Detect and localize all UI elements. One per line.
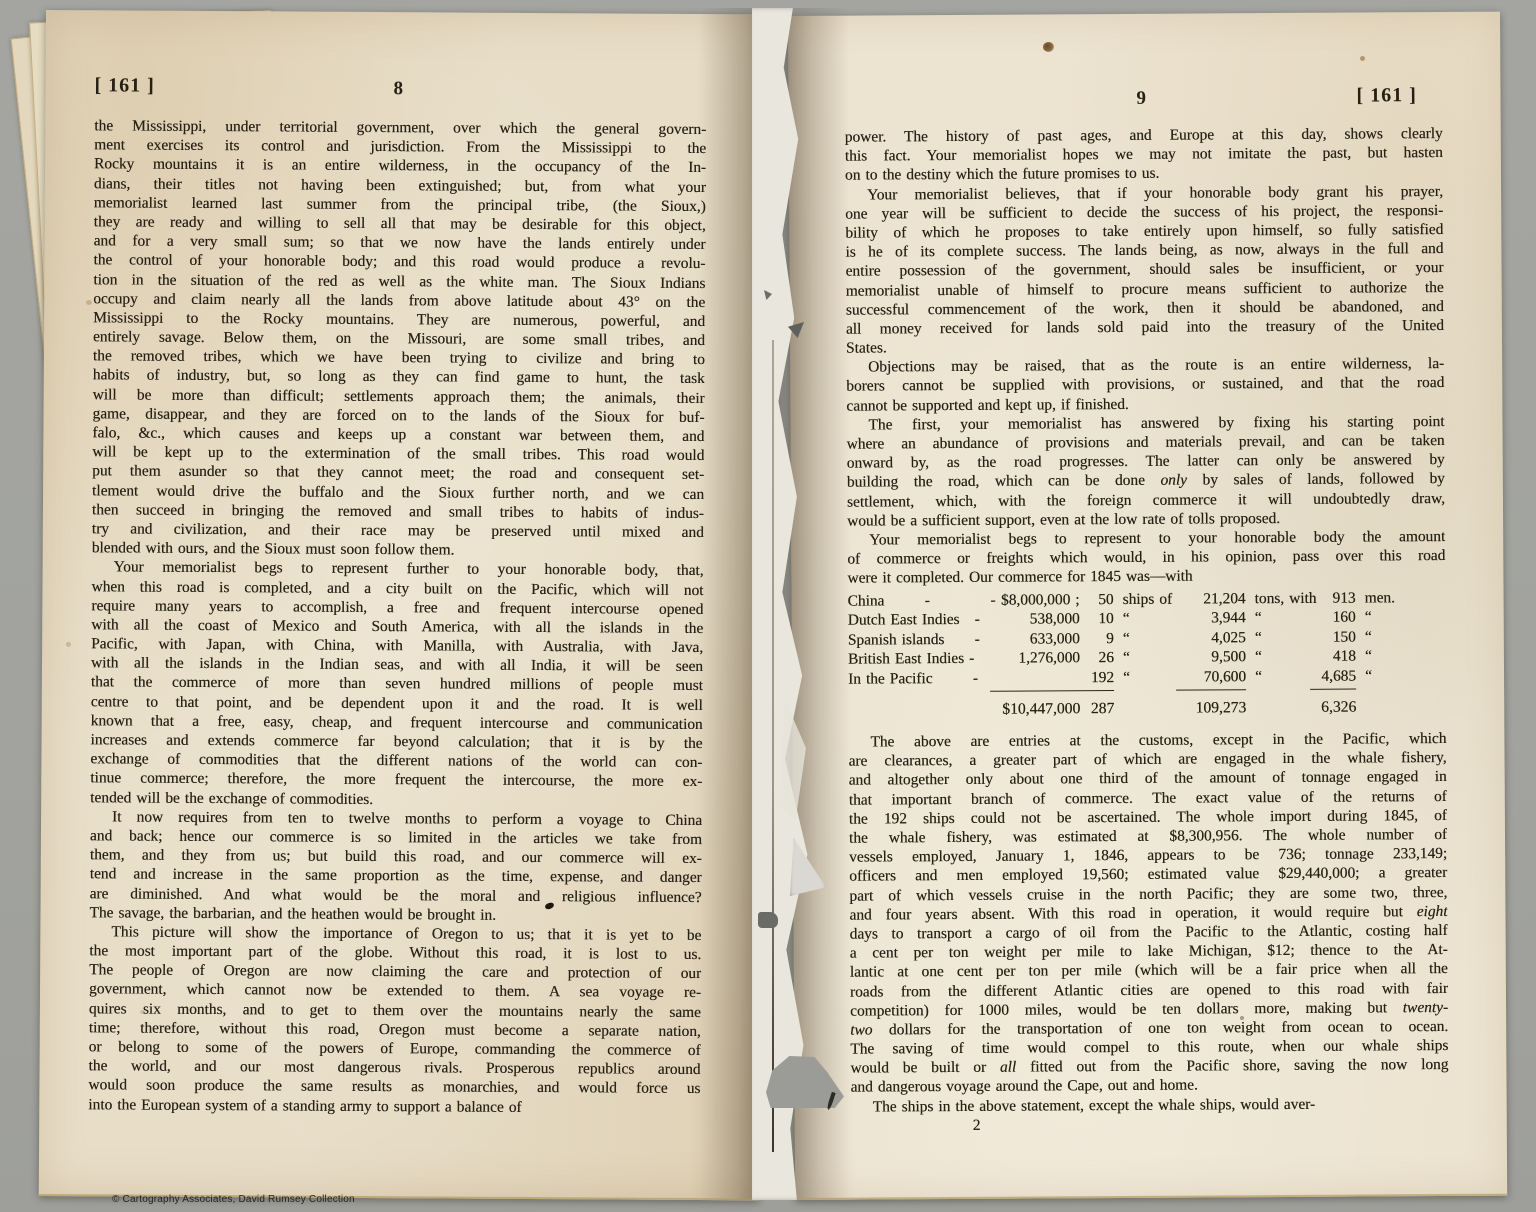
text-run: Mississippi to the Rocky mountains. They… (93, 309, 705, 330)
paragraph: power. The history of past ages, and Eur… (845, 124, 1443, 185)
table-total-row: $10,447,000287109,2736,326 (848, 697, 1446, 720)
text-run: centre to that point, and be dependent u… (91, 693, 703, 714)
text-run: game, disappear, and they are forced on … (92, 405, 704, 426)
cell-country: China - - (848, 590, 990, 610)
text-run: of commerce or freights which would, in … (847, 547, 1445, 568)
cell-men: 418 (1310, 647, 1356, 666)
copyright-credit: © Cartography Associates, David Rumsey C… (112, 1194, 355, 1205)
text-run: memorialist unable of himself to procure… (846, 279, 1444, 300)
cell-ships: 50 (1080, 590, 1114, 609)
cell-ships-label: “ (1114, 668, 1176, 688)
foxing-spot (1043, 42, 1054, 52)
cell-ships-label: “ (1114, 648, 1176, 668)
italic-text: eight (1417, 903, 1448, 920)
text-run: dollars for the transportation of one to… (872, 1018, 1448, 1039)
text-line: of commerce or freights which would, in … (847, 546, 1445, 569)
cell-tons: 9,500 (1176, 647, 1246, 667)
cell-men-label: men. (1356, 588, 1390, 607)
text-run: the most important part of the globe. Wi… (89, 942, 701, 963)
right-page: 9 [ 161 ] power. The history of past age… (788, 12, 1507, 1200)
text-run: The saving of time would compel to this … (850, 1037, 1448, 1058)
text-run: competition) for 1000 miles, would be te… (850, 999, 1403, 1019)
paragraph: The above are entries at the customs, ex… (848, 729, 1448, 1097)
cell-tons-label: “ (1246, 667, 1310, 687)
cell-men: 913 (1310, 588, 1356, 607)
text-run: power. The history of past ages, and Eur… (845, 125, 1443, 146)
text-run: lantic at one cent per ton per mile (whi… (850, 960, 1448, 981)
cell-men-label: “ (1356, 607, 1390, 626)
foxing-spot (140, 1010, 145, 1014)
text-run: cannot be supported and kept up, if fini… (846, 396, 1128, 415)
text-run: The above are entries at the customs, ex… (870, 730, 1446, 751)
text-run: this fact. Your memorialist hopes we may… (845, 144, 1443, 165)
text-run: known that a free, easy, cheap, and freq… (91, 712, 703, 733)
text-run: falo, &c., which causes and keeps up a c… (92, 424, 704, 445)
text-run: the whale fishery, was estimated at $8,3… (849, 826, 1447, 847)
text-run: and for a very small sum; so that we now… (94, 232, 706, 253)
text-run: The first, your memorialist has answered… (868, 413, 1444, 434)
cell-value (990, 682, 1080, 683)
text-run: The ships in the above statement, except… (873, 1095, 1316, 1115)
text-run: a cent per ton weight per mile to lake M… (850, 941, 1448, 962)
text-run: were it completed. Our commerce for 1845… (847, 568, 1192, 587)
text-run: with all the coast of Mexico and South A… (91, 616, 703, 637)
text-run: This picture will show the importance of… (111, 923, 701, 944)
binding-tear-mark (758, 912, 778, 928)
text-run: the removed tribes, which we have been t… (93, 348, 705, 369)
text-run: entirely savage. Below them, on the Miss… (93, 328, 705, 349)
text-run: occupy and claim nearly all the lands fr… (93, 290, 705, 311)
text-run: the 192 ships could not be ascertained. … (849, 807, 1447, 828)
text-run: It now requires from ten to twelve month… (112, 808, 702, 829)
text-run: Your memorialist begs to represent to yo… (869, 528, 1445, 549)
text-run: memorialist learned last summer from the… (94, 194, 706, 215)
text-run: dians, their titles not having been exti… (94, 175, 706, 196)
right-text-column: power. The history of past ages, and Eur… (845, 124, 1449, 1136)
total-value: $10,447,000 (990, 700, 1080, 720)
text-run: that the commerce of more than seven hun… (91, 674, 703, 695)
text-run: would be built or (850, 1059, 1000, 1077)
cell-ships-label: “ (1114, 628, 1176, 648)
cell-men-label: “ (1356, 666, 1390, 685)
total-rule (1176, 690, 1246, 691)
text-run: increases and extends commerce far beyon… (90, 731, 702, 752)
text-run: officers and men employed 19,560; estima… (849, 864, 1447, 885)
text-run: the control of your honorable body; and … (93, 252, 705, 273)
text-run: Pacific, with Japan, with China, with Ma… (91, 635, 703, 656)
text-run: borers cannot be supplied with provision… (846, 374, 1444, 395)
signature-mark: 2 (851, 1113, 1449, 1137)
text-run: the world, and our most dangerous rivals… (88, 1057, 700, 1078)
text-run: on to the destiny which the future promi… (845, 165, 1159, 184)
right-text-upper: power. The history of past ages, and Eur… (845, 124, 1446, 588)
text-run: and back; hence our commerce is so limit… (90, 827, 702, 848)
cell-ships: 26 (1080, 648, 1114, 667)
text-run: all money received for lands sold paid i… (846, 317, 1444, 338)
text-run: and dangerous voyage around the Cape, ou… (850, 1077, 1197, 1096)
text-run: the Mississippi, under territorial gover… (94, 117, 706, 138)
text-run: with all the islands in the Indian seas,… (91, 655, 703, 676)
cell-ships: 9 (1080, 629, 1114, 648)
text-run: that important branch of commerce. The e… (849, 788, 1447, 809)
text-line: into the European system of a standing a… (88, 1095, 700, 1118)
paragraph: Your memorialist begs to represent to yo… (847, 527, 1445, 588)
text-run: where an abundance of provisions and mat… (847, 432, 1445, 453)
cell-value: $8,000,000 ; (990, 590, 1080, 610)
italic-text: only (1160, 472, 1187, 489)
text-run: part of which vessels cruise in the nort… (849, 884, 1447, 905)
cell-country: In the Pacific - (848, 669, 990, 689)
text-run: time; therefore, without this road, Oreg… (89, 1019, 701, 1040)
text-run: vessels employed, January 1, 1846, appea… (849, 845, 1447, 866)
text-run: or belong to some of the powers of Europ… (89, 1038, 701, 1059)
text-run: will be kept up to the extermination of … (92, 443, 704, 464)
text-run: try and civilization, and their race may… (92, 520, 704, 541)
text-run: is he of its complete success. The lands… (845, 240, 1443, 261)
text-run: The people of Oregon are now claiming th… (89, 962, 701, 983)
text-run: ment exercises its control and jurisdict… (94, 136, 706, 157)
total-tons: 109,273 (1176, 699, 1246, 719)
text-run: habits of industry, but, so long as they… (93, 367, 705, 388)
text-run: days to transport a cargo of oil from th… (850, 922, 1448, 943)
total-ships: 287 (1080, 699, 1114, 718)
cell-tons-label: tons, with (1246, 588, 1310, 608)
text-run: quires six months, and to get to them ov… (89, 1000, 701, 1021)
text-run: onward by, as the road progresses. The l… (847, 451, 1445, 472)
cell-country (848, 714, 990, 715)
foxing-spot (66, 642, 71, 647)
text-run: Your memorialist begs to represent furth… (114, 559, 704, 580)
italic-text: twenty- (1403, 999, 1448, 1016)
italic-text: two (850, 1021, 872, 1038)
cell-ships-label: “ (1114, 609, 1176, 629)
paragraph: It now requires from ten to twelve month… (89, 807, 702, 926)
text-run: tinue commerce; therefore, the more freq… (90, 770, 702, 791)
text-run: Rocky mountains it is an entire wilderne… (94, 156, 706, 177)
text-run: exchange of commodities that the differe… (90, 750, 702, 771)
text-run: blended with ours, and the Sioux must so… (92, 539, 455, 558)
text-run: one year will be sufficient to decide th… (845, 202, 1443, 223)
text-run: would soon produce the same results as m… (88, 1077, 700, 1098)
total-men: 6,326 (1310, 698, 1356, 717)
right-running-head-bracket: [ 161 ] (1356, 84, 1416, 107)
text-line: all money received for lands sold paid i… (846, 316, 1444, 339)
text-run: and altogether only about one third of t… (849, 768, 1447, 789)
text-run: they are ready and willing to sell all t… (94, 213, 706, 234)
text-run: fitted out from the Pacific shore, savin… (1016, 1056, 1448, 1076)
cell-men: 160 (1310, 608, 1356, 627)
text-run: are clearances, a greater part of which … (849, 749, 1447, 770)
text-run: government, which cannot now be extended… (89, 981, 701, 1002)
binding-crack (772, 340, 774, 1152)
total-rule (1310, 689, 1356, 690)
foxing-spot (1360, 56, 1365, 61)
text-run: Your memorialist believes, that if your … (867, 183, 1443, 204)
text-run: bility of which he proposes to take enti… (845, 221, 1443, 242)
text-run: and four years absent. With this road in… (849, 903, 1416, 923)
cell-value: 538,000 (990, 609, 1080, 629)
cell-country: Dutch East Indies - (848, 610, 990, 630)
cell-value: 1,276,000 (990, 649, 1080, 669)
text-run: then succeed in bringing the removed and… (92, 501, 704, 522)
cell-tons-label: “ (1246, 608, 1310, 628)
text-run: tion in the situation of the red as well… (93, 271, 705, 292)
cell-ships: 192 (1080, 668, 1114, 687)
text-run: settlement, which, with the foreign comm… (847, 490, 1445, 511)
left-text-column: the Mississippi, under territorial gover… (88, 116, 706, 1117)
text-run: by sales of lands, followed by (1187, 470, 1445, 489)
cell-men-label: “ (1356, 627, 1390, 646)
foxing-spot (1240, 1016, 1244, 1020)
text-line: were it completed. Our commerce for 1845… (847, 565, 1445, 588)
cell-tons: 4,025 (1176, 628, 1246, 648)
text-run: successful commencement of the work, the… (846, 298, 1444, 319)
cell-tons-label: “ (1246, 647, 1310, 667)
left-folio-number: 8 (393, 78, 403, 100)
cell-men: 150 (1310, 627, 1356, 646)
cell-tons-label: “ (1246, 628, 1310, 648)
left-page: [ 161 ] 8 the Mississippi, under territo… (39, 10, 766, 1200)
text-run: into the European system of a standing a… (88, 1096, 521, 1116)
cell-men: 4,685 (1310, 666, 1356, 685)
cell-country: British East Indies - (848, 649, 990, 669)
total-rule (990, 690, 1114, 692)
paragraph: Objections may be raised, that as the ro… (846, 354, 1444, 415)
text-run: The savage, the barbarian, and the heath… (89, 904, 496, 923)
text-run: States. (846, 339, 887, 356)
text-run: entire possession of the government, sho… (846, 259, 1444, 280)
paragraph: the Mississippi, under territorial gover… (92, 116, 707, 561)
text-line: borers cannot be supplied with provision… (846, 373, 1444, 396)
text-run: tend and increase in the same proportion… (90, 866, 702, 887)
cell-ships-label: ships of (1114, 589, 1176, 609)
commerce-table: China - -$8,000,000 ;50ships of21,204ton… (848, 587, 1447, 720)
right-folio-number: 9 (1136, 88, 1146, 110)
text-line: settlement, which, with the foreign comm… (847, 489, 1445, 512)
right-text-lower: The above are entries at the customs, ex… (848, 729, 1448, 1116)
text-run: tlement would drive the buffalo and the … (92, 482, 704, 503)
text-run: roads from the different Atlantic cities… (850, 979, 1448, 1000)
paragraph: The first, your memorialist has answered… (846, 412, 1445, 531)
cell-tons: 70,600 (1176, 667, 1246, 687)
text-run: require many years to accomplish, a free… (91, 597, 703, 618)
cell-tons: 3,944 (1176, 608, 1246, 628)
text-run: when this road is completed, and a city … (91, 578, 703, 599)
text-run: tended will be the exchange of commoditi… (90, 789, 373, 808)
paragraph: This picture will show the importance of… (88, 922, 701, 1118)
book-scan-photo: [ 161 ] 8 the Mississippi, under territo… (0, 0, 1536, 1212)
cell-tons: 21,204 (1176, 589, 1246, 609)
paragraph: Your memorialist believes, that if your … (845, 182, 1444, 358)
text-run: Objections may be raised, that as the ro… (868, 355, 1444, 376)
cell-ships: 10 (1080, 609, 1114, 628)
cell-country: Spanish islands - (848, 629, 990, 649)
text-run: would be a sufficient support, even at t… (847, 510, 1280, 530)
text-run: will be more than difficult; settlements… (93, 386, 705, 407)
italic-text: all (1000, 1059, 1016, 1076)
paragraph: Your memorialist begs to represent furth… (90, 558, 704, 811)
text-run: them, and they from us; but build this r… (90, 846, 702, 867)
cell-men-label: “ (1356, 647, 1390, 666)
cell-value: 633,000 (990, 629, 1080, 649)
foxing-spot (86, 300, 92, 305)
left-running-head-bracket: [ 161 ] (94, 74, 154, 97)
text-run: put them asunder so that they cannot mee… (92, 463, 704, 484)
text-run: are diminished. And what would be the mo… (90, 885, 702, 906)
text-run: building the road, which can be done (847, 472, 1161, 491)
